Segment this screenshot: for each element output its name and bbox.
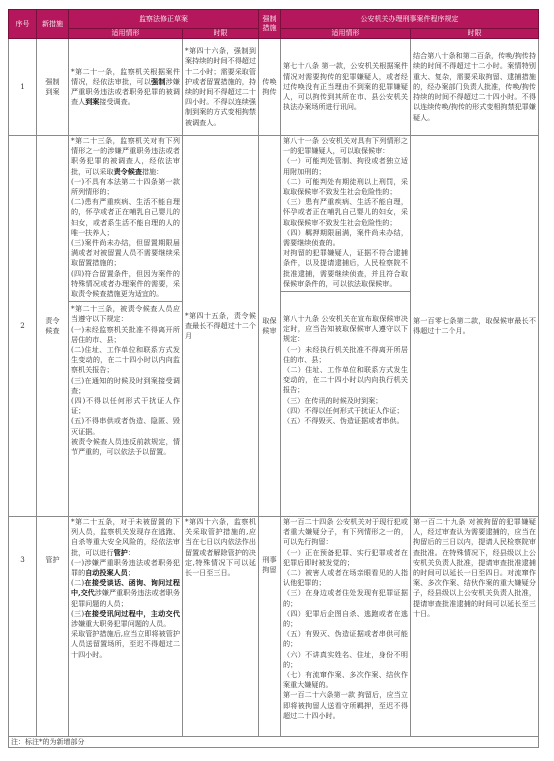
bold-text: 到案 bbox=[85, 97, 99, 106]
list-item: （四）犯罪后企图自杀、逃跑或者在逃的； bbox=[283, 609, 408, 629]
list-item: (四)不得以任何形式干扰证人作证； bbox=[71, 396, 180, 416]
text: 第一百二十四条 公安机关对于现行犯或者重大嫌疑分子，有下列情形之一的，可以先行拘… bbox=[283, 517, 408, 548]
list-item: （二）住址、工作单位和联系方式发生变动的，在二十四小时以内向执行机关报告； bbox=[283, 365, 408, 396]
list-item: (二)患有严重疾病、生活不能自理的，怀孕或者正在哺乳自己婴儿的妇女，或者系生活不… bbox=[71, 197, 180, 238]
bold-text: 自动投案人员 bbox=[85, 568, 128, 577]
list-item: （四）不得以任何形式干扰证人作证； bbox=[283, 406, 408, 416]
sup-time-limit: *第四十六条，强制到案持续的时间不得超过十二小时；需要采取管护或者留置措施的，持… bbox=[183, 39, 259, 136]
list-item: (一)不具有本法第二十四条第一款所列情形的； bbox=[71, 177, 180, 197]
sup-applicable: *第二十一条，监察机关根据案件情况，经依法审批，可以强制涉嫌严重职务违法或者职务… bbox=[69, 39, 183, 136]
list-item: （四）羁押期限届满，案件尚未办结，需要继续侦查的。 bbox=[283, 228, 408, 248]
list-item: （三）在传讯的时候及时到案； bbox=[283, 396, 408, 406]
text: 措施： bbox=[142, 167, 163, 176]
list-item: （五）不得毁灭、伪造证据或者串供。 bbox=[283, 416, 408, 426]
list-item: (三)在通知的时候及时到案接受调查； bbox=[71, 376, 180, 396]
sup-time-limit: *第四十六条，监察机关采取管护措施的,应当在七日以内依法作出留置或者解除管护的决… bbox=[183, 517, 259, 737]
row-index: 2 bbox=[9, 136, 37, 517]
bold-text: 责令候查 bbox=[114, 167, 142, 176]
text: 对拘留的犯罪嫌疑人，证据不符合逮捕条件，以及提请逮捕后，人民检察院不批准逮捕，需… bbox=[283, 248, 408, 289]
text: (三) bbox=[71, 609, 84, 618]
list-item: (四)符合留置条件，但因为案件的特殊情况或者办理案件的需要，采取责令候查措施更为… bbox=[71, 269, 180, 300]
text: ； bbox=[128, 568, 135, 577]
text: 第八十一条 公安机关对具有下列情形之一的犯罪嫌疑人，可以取保候审： bbox=[283, 136, 408, 156]
list-item: (五)不得串供或者伪造、隐匿、毁灭证据。 bbox=[71, 416, 180, 436]
police-time-limit: 第一百二十九条 对被拘留的犯罪嫌疑人，经过审查认为需要逮捕的，应当在拘留后的三日… bbox=[411, 517, 539, 737]
footer-row: 注：标注*的为新增部分 bbox=[9, 737, 539, 748]
text: 涉嫌重大职务犯罪问题的人员。 bbox=[71, 619, 170, 628]
sub-cell: *第二十三条，被责令候查人员应当遵守以下规定： (一)未经监察机关批准不得离开所… bbox=[69, 301, 182, 457]
list-item: （一）可能判处管制、拘役或者独立适用附加刑的； bbox=[283, 156, 408, 176]
list-item: （三）在身边或者住处发现有犯罪证据的； bbox=[283, 588, 408, 608]
row-index: 1 bbox=[9, 39, 37, 136]
list-item: (一)未经监察机关批准不得离开所居住的市、县； bbox=[71, 325, 180, 345]
list-item: （一）正在预备犯罪、实行犯罪或者在犯罪后即时被发觉的； bbox=[283, 548, 408, 568]
text: *第二十三条，被责令候查人员应当遵守以下规定： bbox=[71, 304, 180, 324]
list-item: （二）被害人或者在场亲眼看见的人指认他犯罪的； bbox=[283, 568, 408, 588]
header-police-time-limit: 时限 bbox=[411, 29, 539, 39]
sup-time-limit: *第四十五条，责令候查最长不得超过十二个月 bbox=[183, 136, 259, 517]
list-item: （五）有毁灭、伪造证据或者串供可能的； bbox=[283, 629, 408, 649]
sup-applicable: *第二十五条，对于未被留置的下列人员，监察机关发现存在逃跑、自杀等重大安全风险的… bbox=[69, 517, 183, 737]
text: 采取管护措施后,应当立即将被管护人员送留置场所，至迟不得超过二十四小时。 bbox=[71, 629, 180, 660]
comparison-table: 序号 新措施 监察法修正草案 强制措施 公安机关办理刑事案件程序规定 适用情形 … bbox=[8, 9, 539, 748]
list-item: （三）患有严重疾病、生活不能自理，怀孕或者正在哺乳自己婴儿的妇女，采取取保候审不… bbox=[283, 197, 408, 228]
table-row-forced-appearance: 1 强制到案 *第二十一条，监察机关根据案件情况，经依法审批，可以强制涉嫌严重职… bbox=[9, 39, 539, 136]
header-police-applicable: 适用情形 bbox=[281, 29, 411, 39]
text: 接受调查。 bbox=[99, 97, 134, 106]
header-sup-applicable: 适用情形 bbox=[69, 29, 183, 39]
header-police-procedure-rules: 公安机关办理刑事案件程序规定 bbox=[281, 10, 539, 29]
table-row-custody: 3 管护 *第二十五条，对于未被留置的下列人员，监察机关发现存在逃跑、自杀等重大… bbox=[9, 517, 539, 737]
list-item: （一）未经执行机关批准不得离开所居住的市、县； bbox=[283, 345, 408, 365]
table-row-ordered-wait: 2 责令候查 *第二十三条，监察机关对有下列情形之一的涉嫌严重职务违法或者职务犯… bbox=[9, 136, 539, 517]
text: 第一百二十六条第一款 拘留后，应当立即将被拘留人送看守所羁押，至迟不得超过二十四… bbox=[283, 690, 408, 721]
text: 第八十九条 公安机关在宣布取保候审决定时，应当告知被取保候审人遵守以下规定： bbox=[283, 314, 408, 345]
text: 被责令候查人员违反前款规定，情节严重的，可以依法予以留置。 bbox=[71, 437, 180, 457]
bold-text: 在接受讯问过程中，主动交代 bbox=[84, 609, 180, 618]
header-index: 序号 bbox=[9, 10, 37, 39]
sub-cell: 第八十九条 公安机关在宣布取保候审决定时，应当告知被取保候审人遵守以下规定： （… bbox=[281, 291, 410, 426]
police-applicable: 第一百二十四条 公安机关对于现行犯或者重大嫌疑分子，有下列情形之一的，可以先行拘… bbox=[281, 517, 411, 737]
header-new-measure: 新措施 bbox=[37, 10, 69, 39]
list-item: (二)住址、工作单位和联系方式发生变动的，在二十四小时以内向监察机关报告； bbox=[71, 345, 180, 376]
police-time-limit: 结合第八十条和第二百条，传唤/拘传持续的时间不得超过十二小时。案情特别重大、复杂… bbox=[411, 39, 539, 136]
list-item: （七）有流窜作案、多次作案、结伙作案重大嫌疑的。 bbox=[283, 670, 408, 690]
header-sup-time-limit: 时限 bbox=[183, 29, 259, 39]
bold-text: 管护 bbox=[114, 548, 128, 557]
text: (二) bbox=[71, 578, 84, 587]
new-measure: 管护 bbox=[37, 517, 69, 737]
police-applicable: 第八十一条 公安机关对具有下列情形之一的犯罪嫌疑人，可以取保候审： （一）可能判… bbox=[281, 136, 411, 517]
list-item: （六）不讲真实姓名、住址，身份不明的； bbox=[283, 650, 408, 670]
coercive-measure: 刑事拘留 bbox=[259, 517, 281, 737]
police-time-limit: 第一百零七条第二款，取保候审最长不得超过十二个月。 bbox=[411, 136, 539, 517]
coercive-measure: 取保候审 bbox=[259, 136, 281, 517]
header-supervision-law-draft: 监察法修正草案 bbox=[69, 10, 259, 29]
list-item: (三)案件尚未办结，但留置期限届满或者对被留置人员不需要继续采取留置措施的； bbox=[71, 238, 180, 269]
footer-note: 注：标注*的为新增部分 bbox=[9, 737, 539, 748]
row-index: 3 bbox=[9, 517, 37, 737]
police-applicable: 第七十八条 第一款，公安机关根据案件情况对需要拘传的犯罪嫌疑人，或者经过传唤没有… bbox=[281, 39, 411, 136]
coercive-measure: 传唤拘传 bbox=[259, 39, 281, 136]
new-measure: 责令候查 bbox=[37, 136, 69, 517]
sup-applicable: *第二十三条，监察机关对有下列情形之一的涉嫌严重职务违法或者职务犯罪的被调查人，… bbox=[69, 136, 183, 517]
header-coercive-measure: 强制措施 bbox=[259, 10, 281, 39]
list-item: （二）可能判处有期徒刑以上刑罚，采取取保候审不致发生社会危险性的； bbox=[283, 177, 408, 197]
bold-text: 强制 bbox=[151, 77, 166, 86]
new-measure: 强制到案 bbox=[37, 39, 69, 136]
text: ： bbox=[128, 548, 135, 557]
